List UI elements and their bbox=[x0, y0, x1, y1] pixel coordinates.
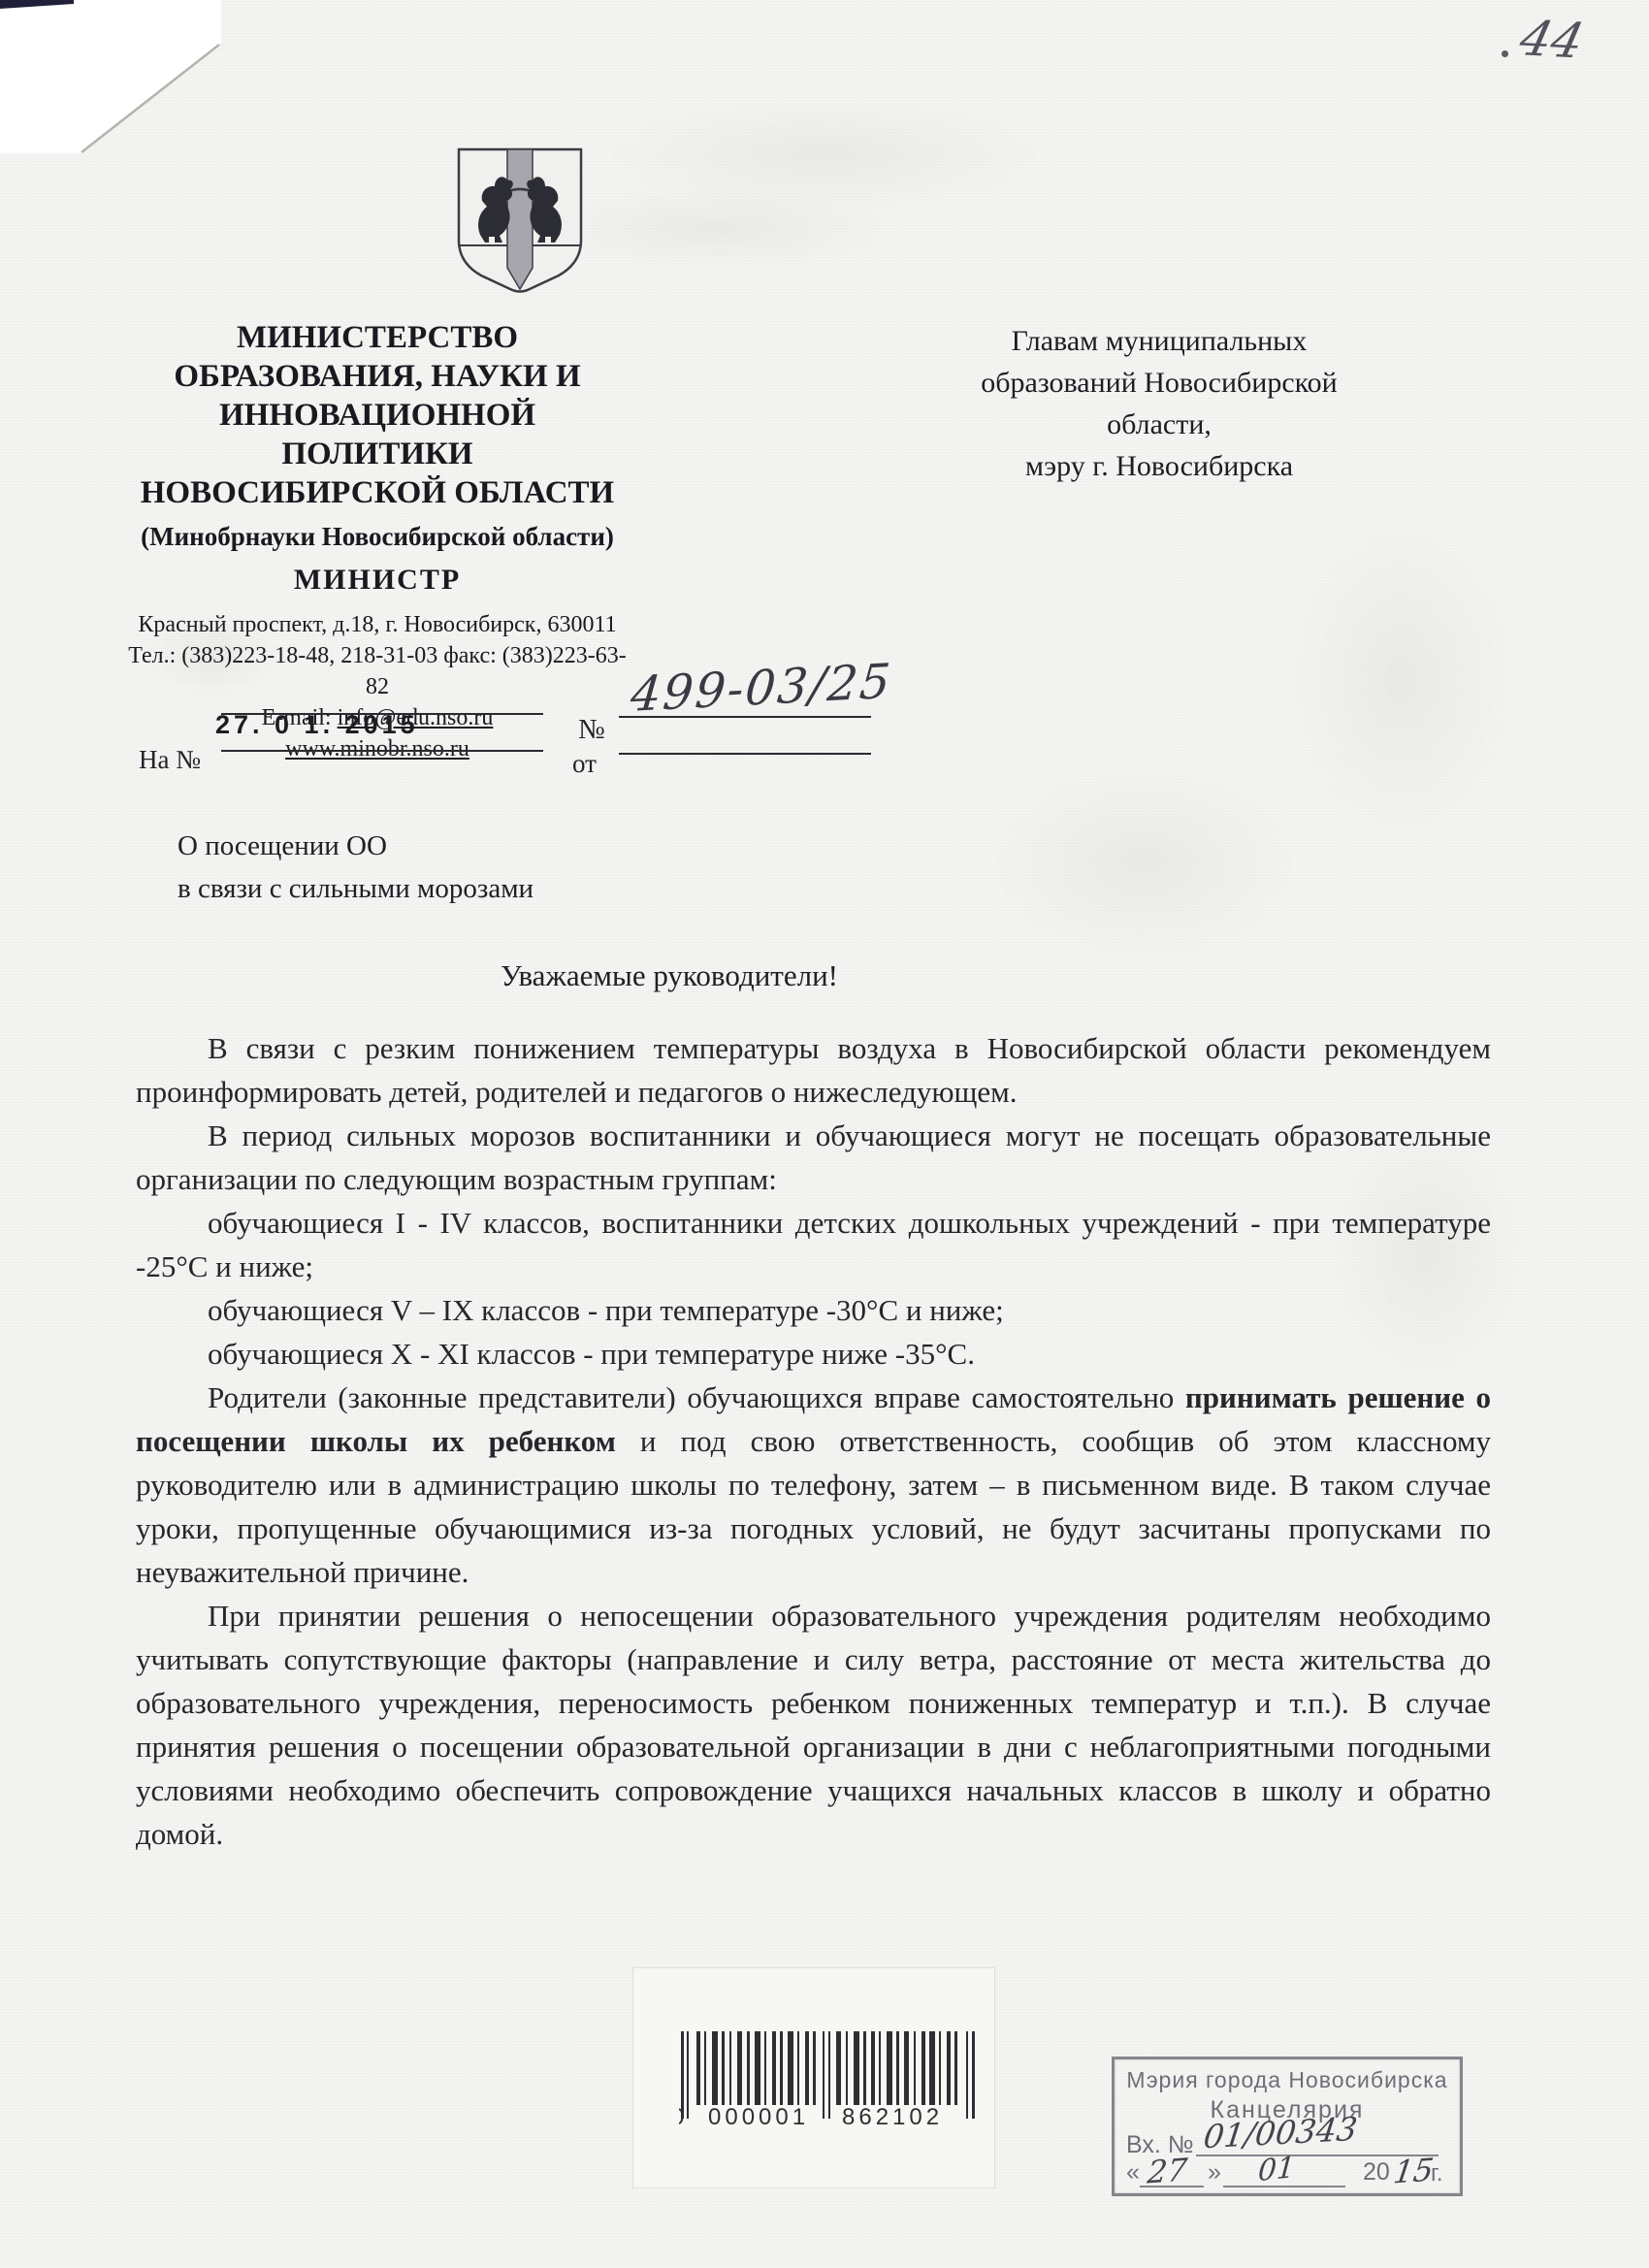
body-paragraph: При принятии решения о непосещении образ… bbox=[136, 1594, 1491, 1856]
scan-smudge bbox=[1290, 524, 1513, 834]
org-address: Красный проспект, д.18, г. Новосибирск, … bbox=[124, 609, 630, 640]
number-sign: № bbox=[578, 714, 605, 746]
body-paragraph: В период сильных морозов воспитанники и … bbox=[136, 1114, 1491, 1201]
stamp-day-underline bbox=[1140, 2186, 1204, 2187]
novosibirsk-coat-of-arms-icon bbox=[452, 146, 588, 293]
page-corner-artifact bbox=[0, 0, 291, 194]
handwritten-outgoing-number: 499-03/25 bbox=[629, 654, 894, 723]
org-name-line: ОБРАЗОВАНИЯ, НАУКИ И bbox=[124, 357, 630, 396]
body-paragraph: обучающиеся I - IV классов, воспитанники… bbox=[136, 1201, 1491, 1288]
letterhead: МИНИСТЕРСТВО ОБРАЗОВАНИЯ, НАУКИ И ИННОВА… bbox=[124, 318, 630, 764]
body-paragraph: Родители (законные представители) обучаю… bbox=[136, 1376, 1491, 1594]
salutation: Уважаемые руководители! bbox=[136, 958, 1203, 993]
barcode-digit-left: 0 bbox=[679, 2104, 684, 2130]
subject-line: в связи с сильными морозами bbox=[178, 867, 533, 910]
sender-position: МИНИСТР bbox=[124, 561, 630, 599]
handwritten-page-number: 44 bbox=[1514, 11, 1589, 70]
letter-body: В связи с резким понижением температуры … bbox=[136, 1026, 1491, 1856]
incoming-ref-label: На № bbox=[139, 745, 201, 775]
stamp-handwritten-month: 01 bbox=[1257, 2151, 1296, 2188]
subject-line: О посещении ОО bbox=[178, 825, 533, 867]
body-text-span: Родители (законные представители) обучаю… bbox=[208, 1380, 1185, 1414]
scanned-letter-page: 44 МИНИСТЕРСТВО ОБРАЗОВАНИЯ, НАУКИ И ИНН… bbox=[0, 0, 1649, 2268]
org-phone: Тел.: (383)223-18-48, 218-31-03 факс: (3… bbox=[124, 640, 630, 702]
org-name-line: ИННОВАЦИОННОЙ ПОЛИТИКИ bbox=[124, 396, 630, 473]
stamp-org-name: Мэрия города Новосибирска bbox=[1115, 2067, 1460, 2093]
stamp-quote-open: « bbox=[1126, 2158, 1140, 2187]
stamp-month-underline bbox=[1223, 2186, 1345, 2187]
from-date-label: от bbox=[572, 749, 597, 779]
org-name-line: НОВОСИБИРСКОЙ ОБЛАСТИ bbox=[124, 473, 630, 512]
body-paragraph: обучающиеся X - XI классов - при темпера… bbox=[136, 1332, 1491, 1376]
barcode-digits-group1: 000001 bbox=[708, 2104, 809, 2130]
body-paragraph: В связи с резким понижением температуры … bbox=[136, 1026, 1491, 1114]
stamp-handwritten-year: 15 bbox=[1391, 2151, 1436, 2190]
subject-block: О посещении ОО в связи с сильными мороза… bbox=[178, 825, 533, 910]
recipient-block: Главам муниципальных образований Новосиб… bbox=[907, 320, 1411, 487]
stamp-quote-close: » bbox=[1208, 2158, 1221, 2187]
registration-stamp: Мэрия города Новосибирска Канцелярия Вх.… bbox=[1112, 2057, 1463, 2196]
recipient-line: области, bbox=[907, 404, 1411, 445]
recipient-line: Главам муниципальных bbox=[907, 320, 1411, 362]
scan-smudge bbox=[601, 97, 1048, 213]
number-underline bbox=[619, 716, 871, 718]
org-short-name: (Минобрнауки Новосибирской области) bbox=[124, 520, 630, 553]
stamp-year-prefix: 20 bbox=[1363, 2158, 1390, 2187]
barcode: 0 000001 862102 bbox=[679, 2031, 982, 2138]
recipient-line: образований Новосибирской bbox=[907, 362, 1411, 404]
scan-smudge bbox=[989, 766, 1300, 960]
scan-smudge bbox=[543, 184, 892, 272]
stamp-handwritten-incoming-number: 01/00343 bbox=[1202, 2110, 1360, 2156]
date-underline bbox=[221, 713, 543, 715]
org-name-line: МИНИСТЕРСТВО bbox=[124, 318, 630, 357]
barcode-digits-group2: 862102 bbox=[842, 2104, 943, 2130]
from-date-underline bbox=[619, 753, 871, 755]
pen-dot-artifact bbox=[1502, 50, 1508, 57]
stamp-year-label: г. bbox=[1431, 2160, 1443, 2187]
recipient-line: мэру г. Новосибирска bbox=[907, 445, 1411, 487]
incoming-ref-underline bbox=[221, 750, 543, 752]
body-paragraph: обучающиеся V – IX классов - при темпера… bbox=[136, 1288, 1491, 1332]
